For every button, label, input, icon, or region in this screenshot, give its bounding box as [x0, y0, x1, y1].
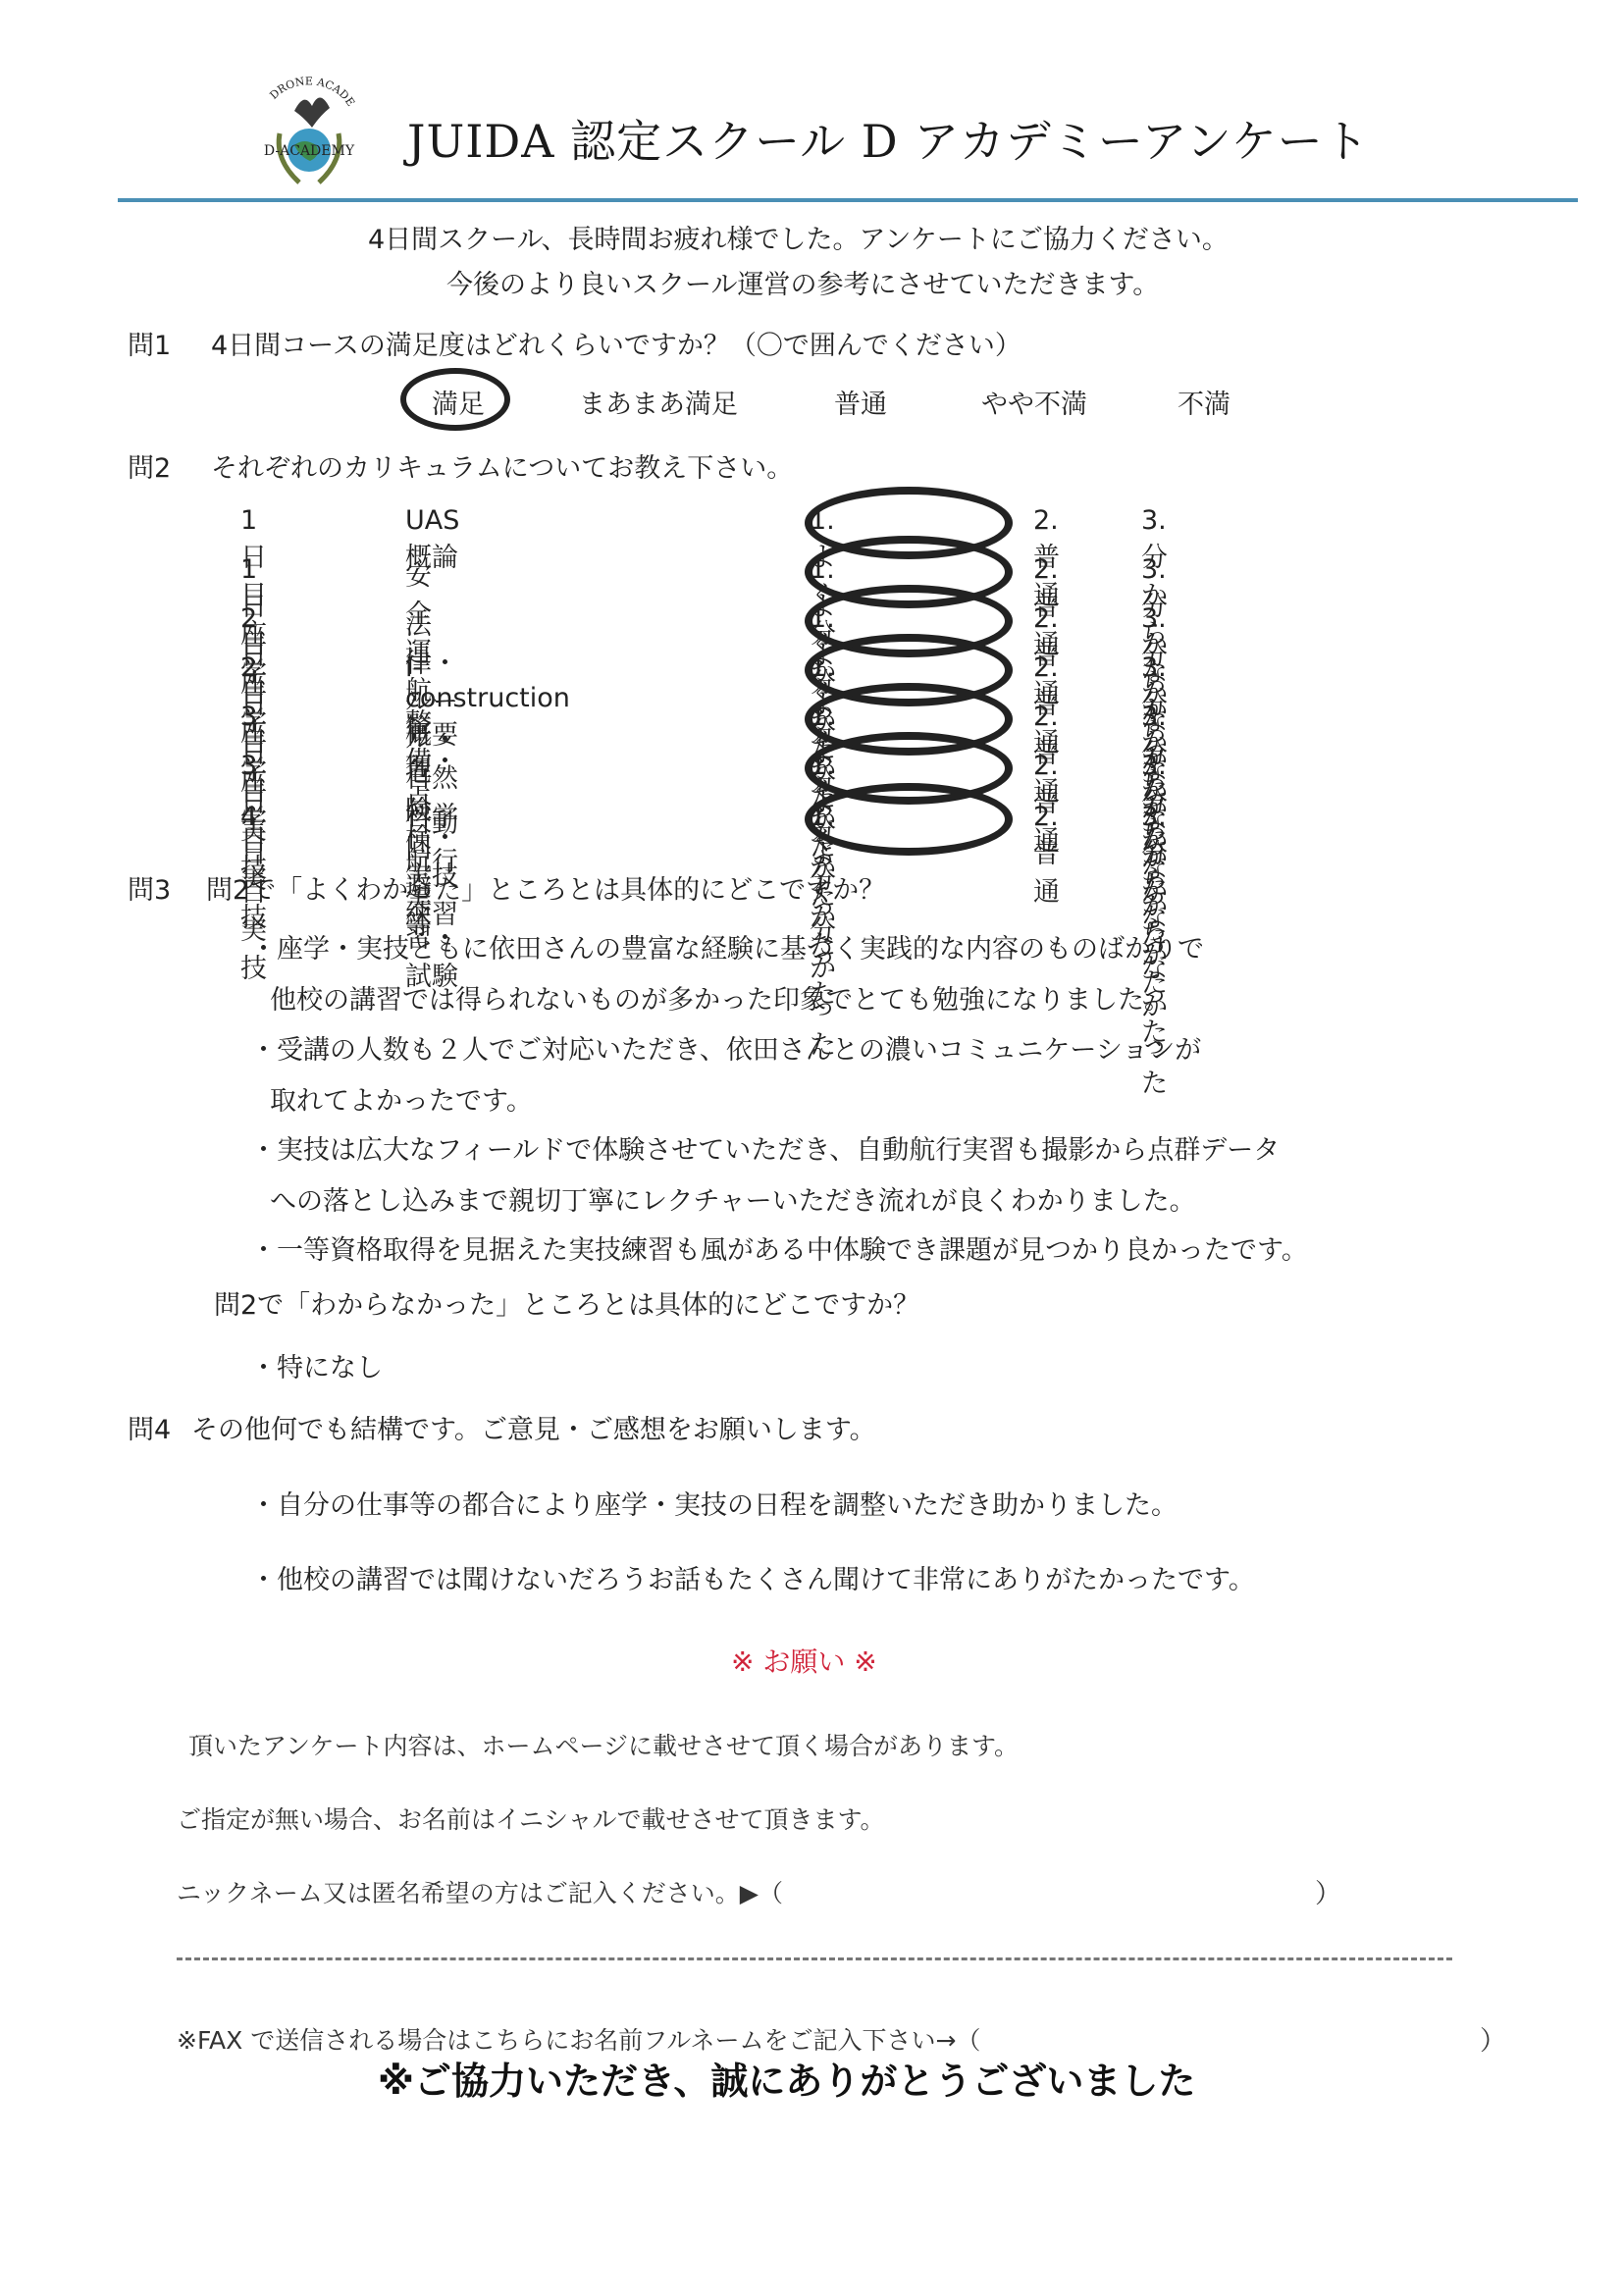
q3-question: 問2で「よくわかった」ところとは具体的にどこですか？: [206, 868, 885, 907]
intro-line-2: 今後のより良いスクール運営の参考にさせていただきます。: [446, 263, 1159, 301]
q1-option-neutral[interactable]: 普通: [834, 383, 887, 421]
q3-answer-line: ・座学・実技ともに依田さんの豊富な経験に基づく実践的な内容のものばかりで: [250, 927, 1204, 965]
q4-answer-line: ・他校の講習では聞けないだろうお話もたくさん聞けて非常にありがたかったです。: [250, 1558, 1255, 1596]
q3-answer-line: ・受講の人数も２人でご対応いただき、依田さんとの濃いコミュニケーションが: [250, 1028, 1201, 1067]
nickname-field[interactable]: [864, 1874, 1305, 1905]
q1-option-satisfied[interactable]: 満足: [432, 383, 485, 421]
q1-option-somewhat-satisfied[interactable]: まあまあ満足: [579, 383, 738, 421]
nickname-label: ニックネーム又は匿名希望の方はご記入ください。▶（: [177, 1874, 783, 1909]
survey-title: JUIDA 認定スクール D アカデミーアンケート: [407, 106, 1370, 171]
eagle-globe-logo-icon: DRONE ACADEMY D-ACADEMY: [245, 67, 373, 194]
svg-text:D-ACADEMY: D-ACADEMY: [264, 143, 355, 159]
cut-line: [177, 1957, 1452, 1960]
header-divider: [118, 198, 1578, 202]
q4-answer-line: ・自分の仕事等の都合により座学・実技の日程を調整いただき助かりました。: [250, 1484, 1178, 1522]
request-heading: ※ お願い ※: [731, 1641, 877, 1680]
q3-answer-line: ・実技は広大なフィールドで体験させていただき、自動航行実習も撮影から点群データ: [250, 1128, 1280, 1167]
q3-sub-question: 問2で「わからなかった」ところとは具体的にどこですか？: [214, 1283, 919, 1322]
fax-close: ）: [1480, 2019, 1506, 2058]
q3-sub-answer: ・特になし: [250, 1346, 383, 1384]
row-option-2[interactable]: 2.普通: [1033, 802, 1060, 909]
q3-answer-line: への落とし込みまで親切丁寧にレクチャーいただき流れが良くわかりました。: [270, 1179, 1196, 1218]
nickname-close: ）: [1315, 1872, 1341, 1910]
q4-question: その他何でも結構です。ご意見・ご感想をお願いします。: [191, 1408, 876, 1446]
fax-name-field[interactable]: [1079, 2021, 1472, 2053]
q3-answer-line: ・一等資格取得を見据えた実技練習も風がある中体験でき課題が見つかり良かったです。: [250, 1228, 1308, 1267]
q1-question: 4日間コースの満足度はどれくらいですか？（〇で囲んでください）: [211, 324, 1021, 362]
request-line-2: ご指定が無い場合、お名前はイニシャルで載せさせて頂きます。: [177, 1800, 885, 1836]
q2-label: 問2: [128, 446, 171, 485]
q3-answer-line: 取れてよかったです。: [270, 1079, 533, 1118]
intro-line-1: 4日間スクール、長時間お疲れ様でした。アンケートにご協力ください。: [368, 218, 1229, 256]
q3-label: 問3: [128, 868, 171, 907]
q4-label: 問4: [128, 1408, 171, 1446]
academy-logo: DRONE ACADEMY D-ACADEMY: [245, 67, 373, 194]
q2-question: それぞれのカリキュラムについてお教え下さい。: [211, 446, 793, 485]
thanks-message: ※ご協力いただき、誠にありがとうございました: [378, 2051, 1195, 2105]
q3-answer-line: 他校の講習では得られないものが多かった印象でとても勉強になりました。: [270, 978, 1171, 1017]
request-line-1: 頂いたアンケート内容は、ホームページに載せさせて頂く場合があります。: [188, 1727, 1019, 1762]
q1-option-dissatisfied[interactable]: 不満: [1178, 383, 1230, 421]
q1-label: 問1: [128, 324, 171, 362]
q1-option-somewhat-dissatisfied[interactable]: やや不満: [981, 383, 1087, 421]
